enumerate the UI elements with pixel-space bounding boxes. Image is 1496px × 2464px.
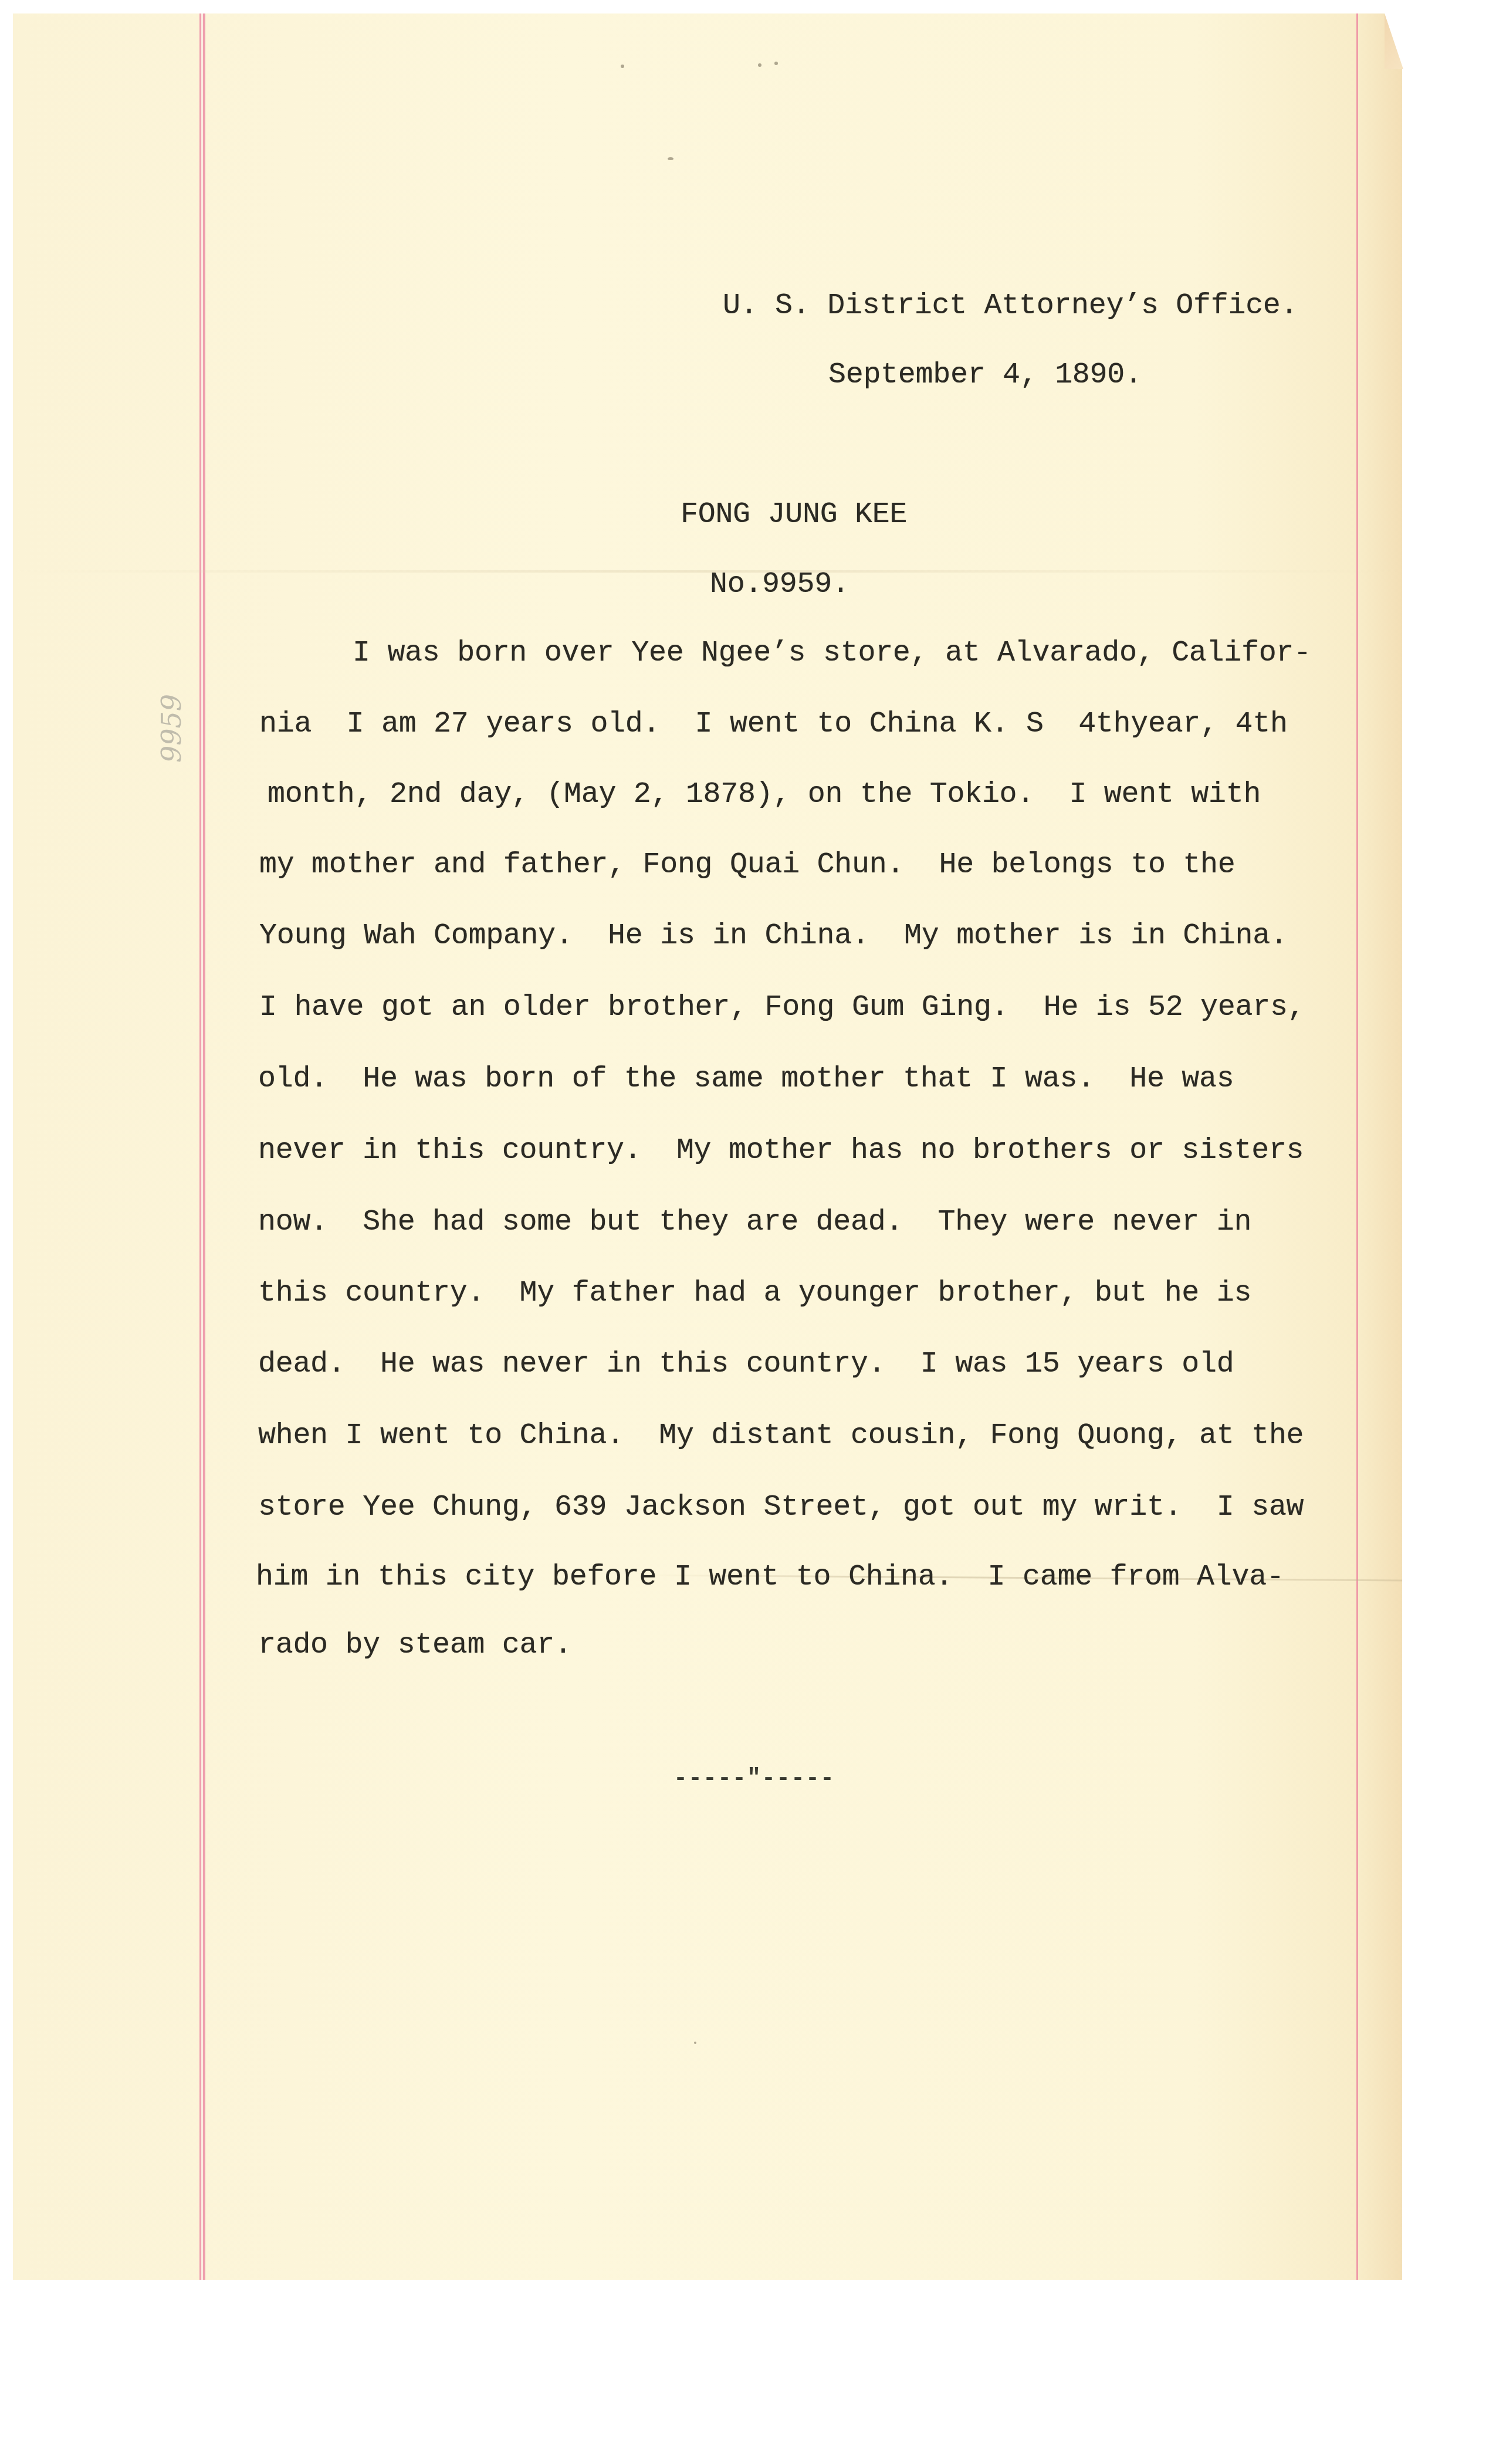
subject-name: FONG JUNG KEE xyxy=(681,500,907,530)
right-margin-rule xyxy=(1356,13,1358,2280)
body-line: dead. He was never in this country. I wa… xyxy=(258,1350,1234,1379)
body-line: him in this city before I went to China.… xyxy=(256,1563,1284,1592)
case-number: No.9959. xyxy=(710,570,849,600)
paper-fold-crease xyxy=(13,570,1402,573)
paper-speck xyxy=(774,62,778,65)
paper-speck xyxy=(621,65,624,68)
body-line: when I went to China. My distant cousin,… xyxy=(258,1421,1304,1451)
paper-speck xyxy=(758,63,761,67)
left-margin-rule xyxy=(199,13,205,2280)
body-line: rado by steam car. xyxy=(258,1631,572,1660)
body-line: my mother and father, Fong Quai Chun. He… xyxy=(259,851,1235,880)
document-date: September 4, 1890. xyxy=(828,361,1142,390)
body-line: I was born over Yee Ngee’s store, at Alv… xyxy=(353,639,1311,668)
folded-corner xyxy=(1385,13,1403,69)
body-line: now. She had some but they are dead. The… xyxy=(258,1208,1251,1237)
pencil-marginalia: 9959 xyxy=(155,694,187,763)
body-line: this country. My father had a younger br… xyxy=(258,1279,1251,1308)
body-line: I have got an older brother, Fong Gum Gi… xyxy=(259,993,1305,1023)
body-line: month, 2nd day, (May 2, 1878), on the To… xyxy=(268,780,1261,810)
office-header: U. S. District Attorney’s Office. xyxy=(723,292,1298,321)
body-line: nia I am 27 years old. I went to China K… xyxy=(259,710,1288,739)
body-line: Young Wah Company. He is in China. My mo… xyxy=(259,922,1288,951)
body-line: old. He was born of the same mother that… xyxy=(258,1065,1234,1094)
paper-speck xyxy=(668,157,673,160)
body-line: store Yee Chung, 639 Jackson Street, got… xyxy=(258,1493,1304,1522)
body-line: never in this country. My mother has no … xyxy=(258,1136,1304,1166)
paper-speck xyxy=(694,2042,696,2044)
end-separator: -----"----- xyxy=(673,1766,835,1792)
